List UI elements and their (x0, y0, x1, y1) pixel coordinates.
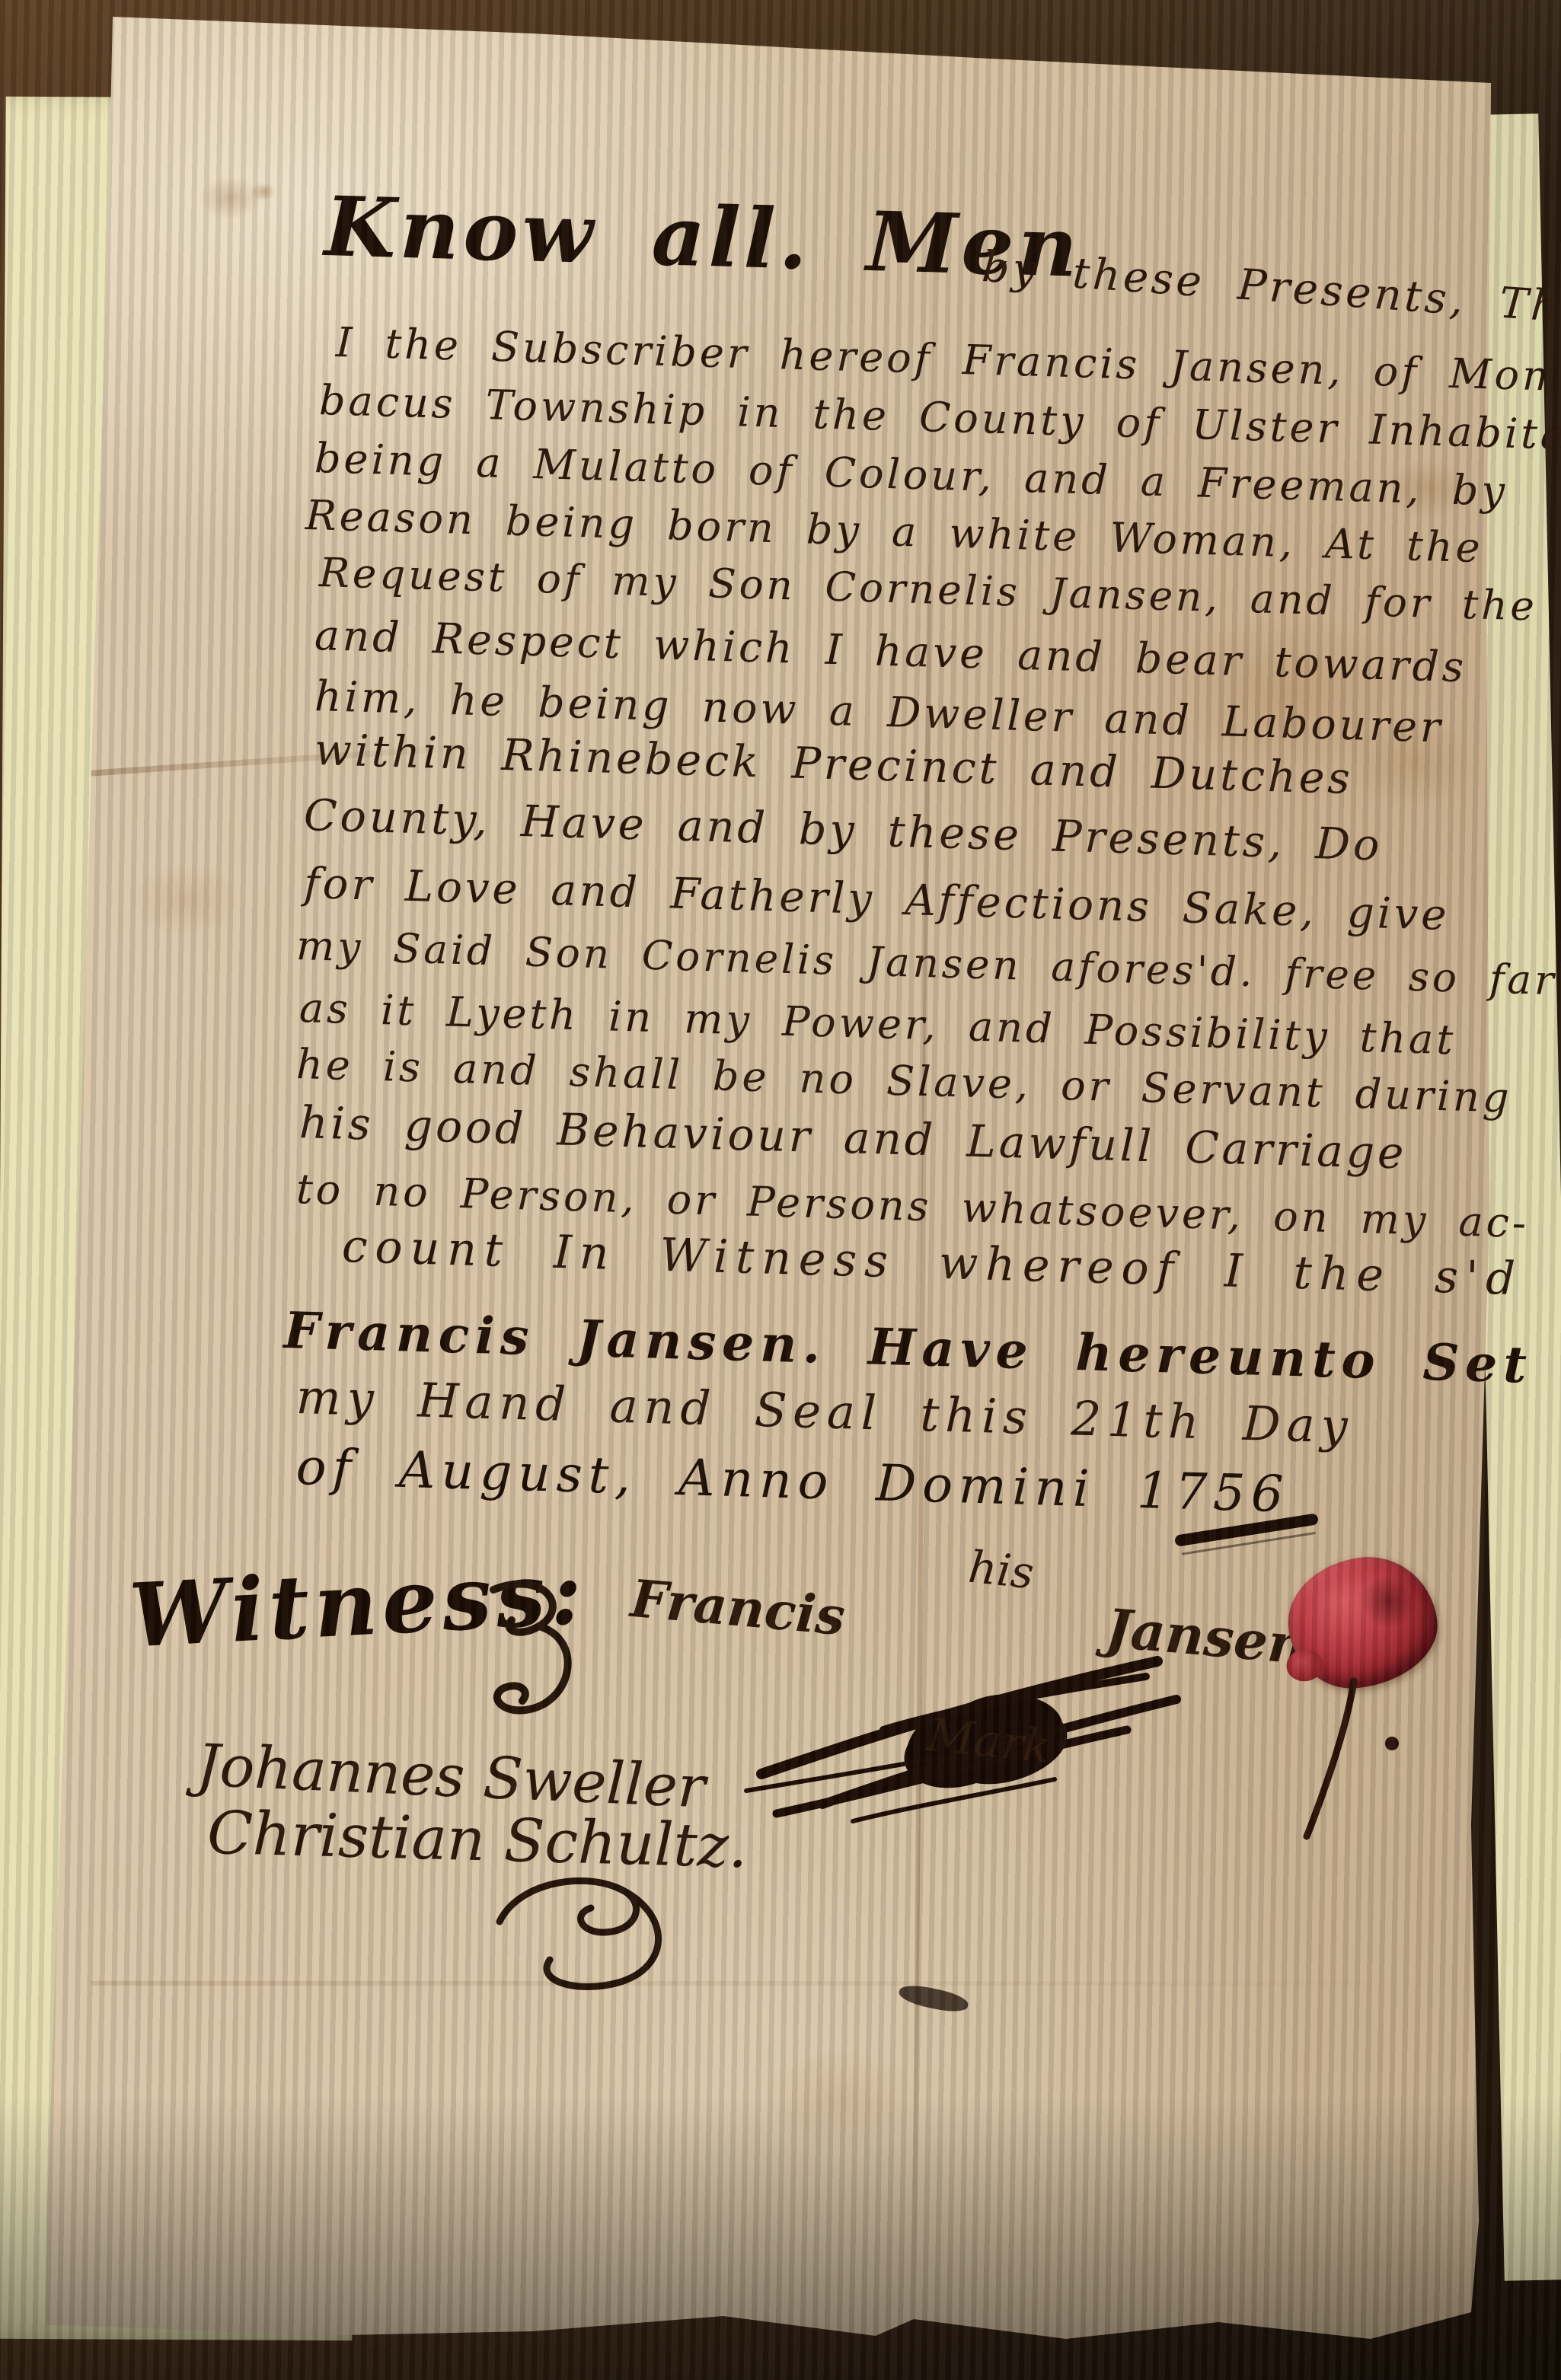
seal-tail-stroke (1294, 1675, 1409, 1881)
his-label: his (966, 1541, 1036, 1600)
schultz-flourish-icon (487, 1867, 685, 1996)
witness-flourish-icon (471, 1573, 585, 1756)
photo-of-manuscript: Know all. Menby these Presents, ThatI th… (0, 0, 1561, 2380)
fold-crease-horizontal-lower (91, 1981, 1492, 1986)
